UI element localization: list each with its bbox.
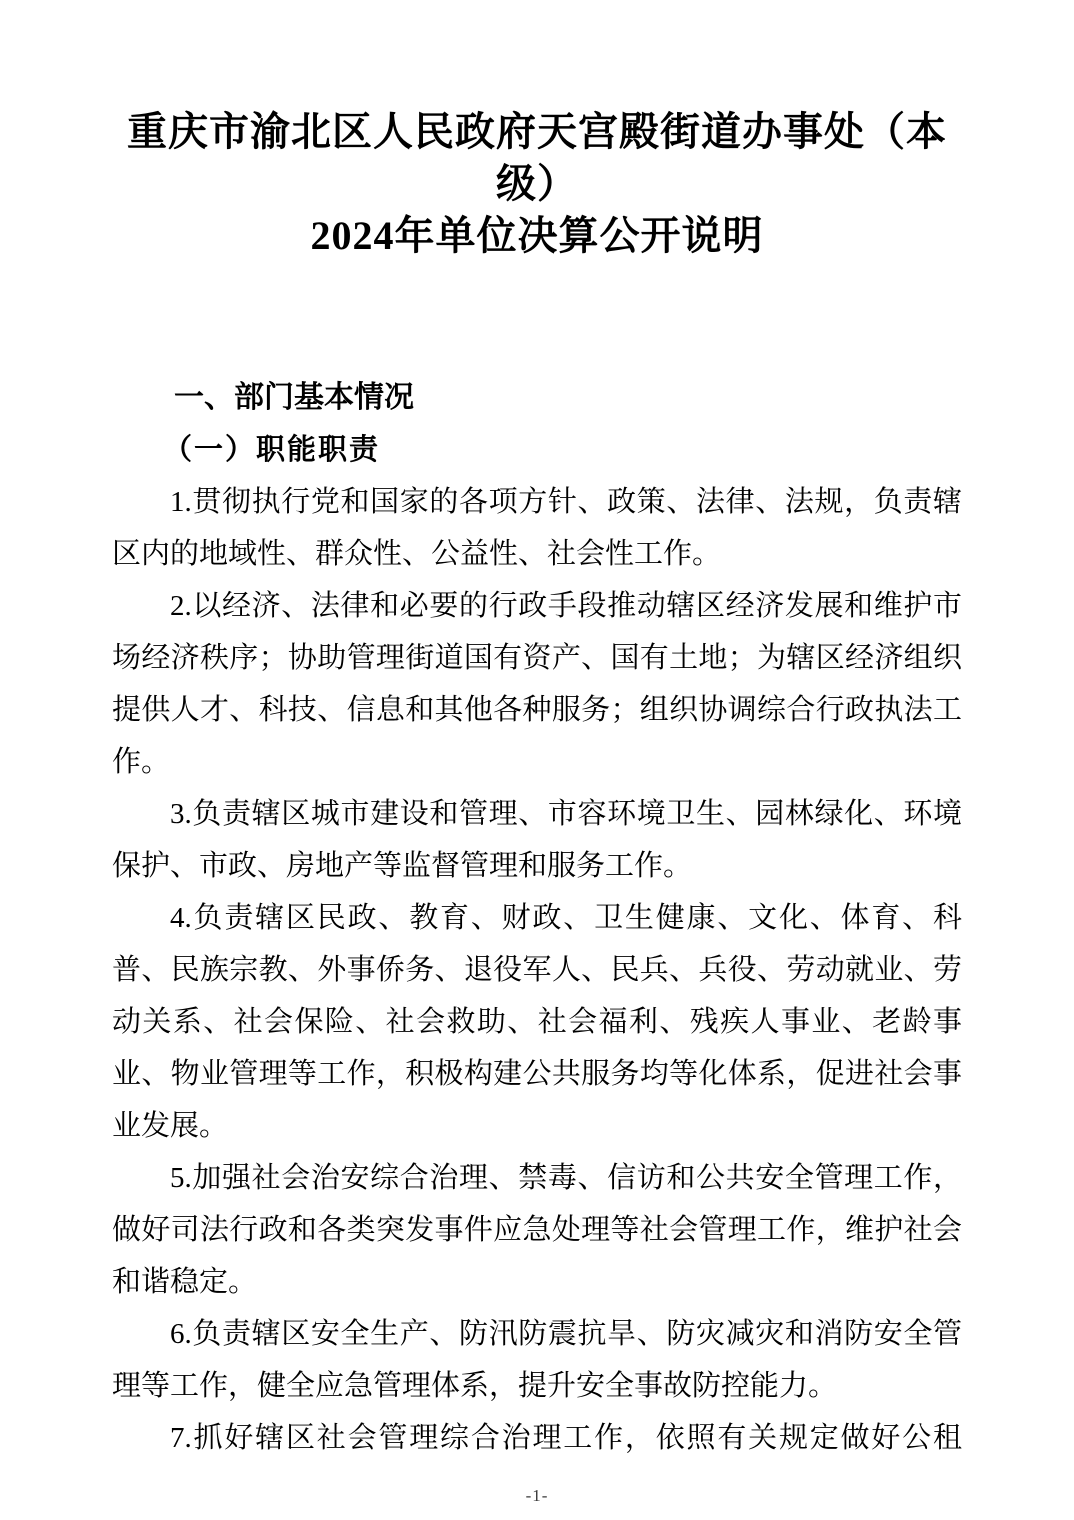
title-line-3: 2024年单位决算公开说明 xyxy=(0,210,1074,262)
paragraph-4: 4.负责辖区民政、教育、财政、卫生健康、文化、体育、科普、民族宗教、外事侨务、退… xyxy=(112,892,962,1152)
title-line-2: 级） xyxy=(0,158,1074,210)
paragraph-1: 1.贯彻执行党和国家的各项方针、政策、法律、法规，负责辖区内的地域性、群众性、公… xyxy=(112,476,962,580)
paragraph-2: 2.以经济、法律和必要的行政手段推动辖区经济发展和维护市场经济秩序；协助管理街道… xyxy=(112,580,962,788)
paragraph-5: 5.加强社会治安综合治理、禁毒、信访和公共安全管理工作，做好司法行政和各类突发事… xyxy=(112,1152,962,1308)
page-number: -1- xyxy=(0,1486,1074,1506)
section-heading: 一、部门基本情况 xyxy=(112,372,962,424)
paragraph-7: 7.抓好辖区社会管理综合治理工作，依照有关规定做好公租 xyxy=(112,1412,962,1464)
paragraph-3: 3.负责辖区城市建设和管理、市容环境卫生、园林绿化、环境保护、市政、房地产等监督… xyxy=(112,788,962,892)
title-line-1: 重庆市渝北区人民政府天宫殿街道办事处（本 xyxy=(0,106,1074,158)
document-body: 一、部门基本情况 （一）职能职责 1.贯彻执行党和国家的各项方针、政策、法律、法… xyxy=(112,372,962,1464)
document-title: 重庆市渝北区人民政府天宫殿街道办事处（本 级） 2024年单位决算公开说明 xyxy=(0,0,1074,262)
document-page: 重庆市渝北区人民政府天宫殿街道办事处（本 级） 2024年单位决算公开说明 一、… xyxy=(0,0,1074,1520)
paragraph-6: 6.负责辖区安全生产、防汛防震抗旱、防灾减灾和消防安全管理等工作，健全应急管理体… xyxy=(112,1308,962,1412)
subsection-heading: （一）职能职责 xyxy=(112,424,962,476)
